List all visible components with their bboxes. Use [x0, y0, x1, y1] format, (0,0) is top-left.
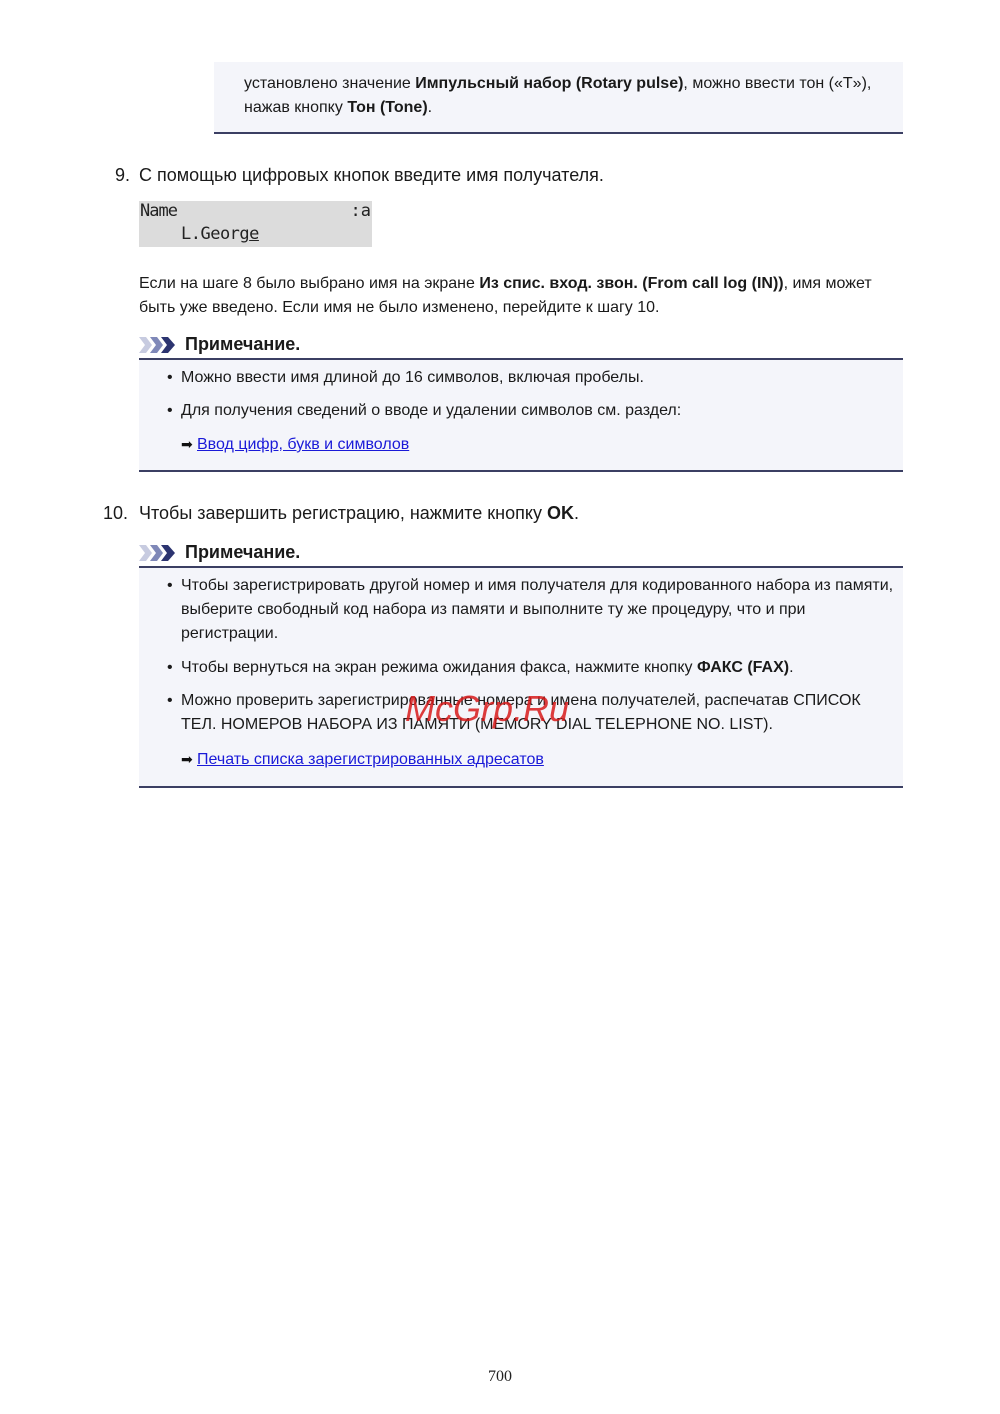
step-10: 10. Чтобы завершить регистрацию, нажмите…: [0, 501, 1000, 527]
note-body: • Можно ввести имя длиной до 16 символов…: [139, 360, 903, 472]
arrow-right-icon: ➡: [181, 432, 197, 456]
document-page: установлено значение Импульсный набор (R…: [0, 0, 1000, 1414]
triple-chevron-icon: [139, 337, 179, 353]
note-bullet: • Чтобы зарегистрировать другой номер и …: [167, 574, 895, 646]
reference-link-line: ➡Печать списка зарегистрированных адреса…: [181, 747, 544, 772]
triple-chevron-icon: [139, 545, 179, 561]
from-call-log-term: Из спис. вход. звон. (From call log (IN)…: [479, 275, 783, 292]
lcd-input-mode: :a: [351, 201, 371, 221]
bullet-text: Чтобы зарегистрировать другой номер и им…: [181, 574, 895, 646]
lcd-cursor: e: [249, 224, 259, 244]
text-span: Чтобы вернуться на экран режима ожидания…: [181, 659, 697, 676]
step-text: С помощью цифровых кнопок введите имя по…: [139, 163, 604, 187]
watermark: McGrp.Ru: [405, 688, 569, 730]
bullet-dot: •: [167, 689, 173, 713]
note-title: Примечание.: [185, 540, 300, 564]
arrow-right-icon: ➡: [181, 747, 197, 771]
text-span: .: [789, 659, 793, 676]
fax-button-term: ФАКС (FAX): [697, 659, 789, 676]
step-9-explanation: Если на шаге 8 было выбрано имя на экран…: [139, 272, 903, 320]
text-span: нажав кнопку: [244, 99, 347, 116]
text-span: , можно ввести тон («T»),: [683, 75, 871, 92]
note-heading: Примечание.: [139, 540, 903, 568]
text-span: Чтобы завершить регистрацию, нажмите кно…: [139, 503, 547, 523]
text-span: Если на шаге 8 было выбрано имя на экран…: [139, 275, 479, 292]
lcd-name-value: L.George: [181, 224, 259, 244]
previous-note-text: установлено значение Импульсный набор (R…: [244, 72, 895, 120]
lcd-name-label: Name: [140, 201, 177, 221]
link-print-registered-addresses[interactable]: Печать списка зарегистрированных адресат…: [197, 751, 544, 768]
text-span: .: [574, 503, 579, 523]
previous-note-continuation: установлено значение Импульсный набор (R…: [214, 62, 903, 134]
bullet-text: Чтобы вернуться на экран режима ожидания…: [181, 656, 895, 680]
step-number: 9.: [100, 163, 130, 187]
step-number: 10.: [98, 501, 128, 525]
bullet-dot: •: [167, 399, 173, 423]
step-9: 9. С помощью цифровых кнопок введите имя…: [0, 163, 1000, 189]
bullet-text: Можно ввести имя длиной до 16 символов, …: [181, 366, 895, 390]
page-number: 700: [0, 1368, 1000, 1386]
reference-link-line: ➡Ввод цифр, букв и символов: [181, 432, 409, 457]
note-body: • Чтобы зарегистрировать другой номер и …: [139, 568, 903, 788]
bullet-text: Для получения сведений о вводе и удалени…: [181, 399, 895, 423]
link-input-characters[interactable]: Ввод цифр, букв и символов: [197, 436, 409, 453]
rotary-pulse-term: Импульсный набор (Rotary pulse): [415, 75, 683, 92]
lcd-value-text: L.Georg: [181, 224, 249, 244]
step-text: Чтобы завершить регистрацию, нажмите кно…: [139, 501, 579, 525]
lcd-screen-image: Name :a L.George: [139, 201, 372, 247]
ok-button-term: OK: [547, 503, 574, 523]
note-bullet: • Для получения сведений о вводе и удале…: [167, 399, 895, 423]
bullet-dot: •: [167, 366, 173, 390]
bullet-dot: •: [167, 574, 173, 598]
note-heading: Примечание.: [139, 332, 903, 360]
text-span: .: [428, 99, 432, 116]
bullet-dot: •: [167, 656, 173, 680]
note-bullet: • Чтобы вернуться на экран режима ожидан…: [167, 656, 895, 680]
note-bullet: • Можно ввести имя длиной до 16 символов…: [167, 366, 895, 390]
tone-button-term: Тон (Tone): [347, 99, 427, 116]
note-title: Примечание.: [185, 332, 300, 356]
text-span: установлено значение: [244, 75, 415, 92]
